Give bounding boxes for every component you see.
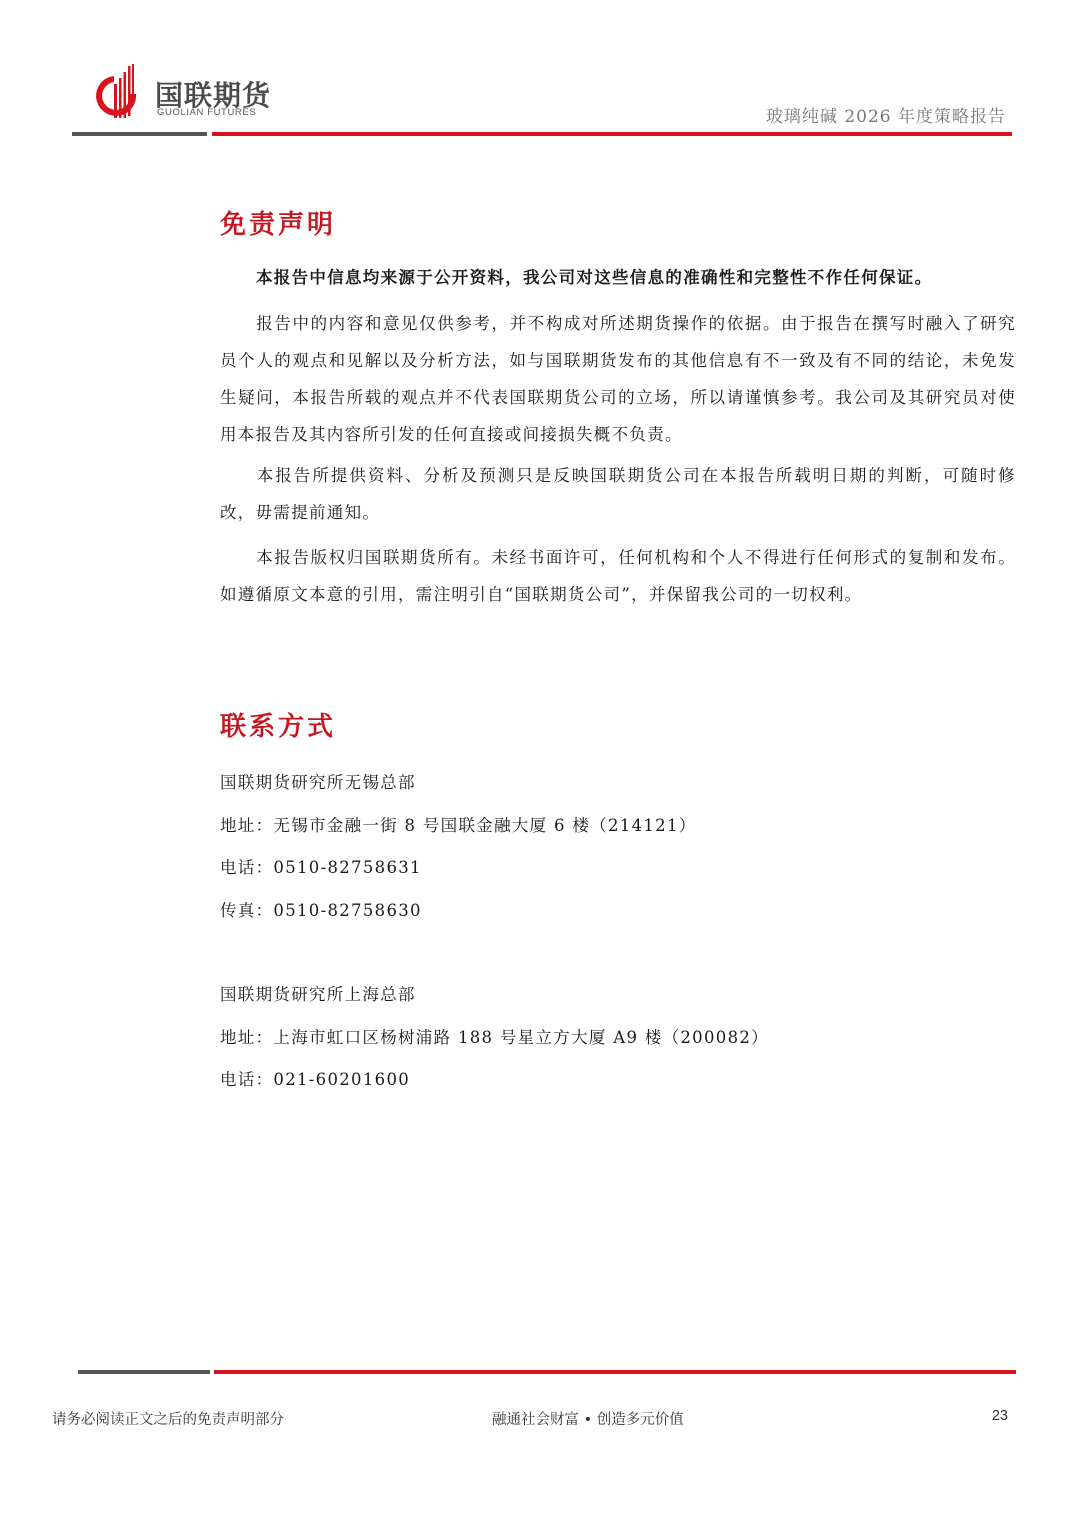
wuxi-office-fax: 传真：0510-82758630 — [220, 897, 422, 921]
header-rule-gray — [72, 132, 207, 136]
report-title: 玻璃纯碱 2026 年度策略报告 — [766, 102, 1006, 127]
contact-title: 联系方式 — [220, 706, 336, 743]
shanghai-office-address: 地址：上海市虹口区杨树浦路 188 号星立方大厦 A9 楼（200082） — [220, 1024, 769, 1048]
wuxi-office-name: 国联期货研究所无锡总部 — [220, 769, 416, 793]
wuxi-office-address: 地址：无锡市金融一街 8 号国联金融大厦 6 楼（214121） — [220, 812, 697, 836]
guolian-logo-icon — [92, 64, 140, 120]
disclaimer-paragraph-4: 本报告版权归国联期货所有。未经书面许可，任何机构和个人不得进行任何形式的复制和发… — [220, 539, 1016, 613]
disclaimer-paragraph-1: 本报告中信息均来源于公开资料，我公司对这些信息的准确性和完整性不作任何保证。 — [220, 259, 1016, 296]
disclaimer-paragraph-3: 本报告所提供资料、分析及预测只是反映国联期货公司在本报告所载明日期的判断，可随时… — [220, 457, 1016, 531]
disclaimer-paragraph-2: 报告中的内容和意见仅供参考，并不构成对所述期货操作的依据。由于报告在撰写时融入了… — [220, 305, 1016, 453]
shanghai-office-phone: 电话：021-60201600 — [220, 1066, 410, 1090]
footer-slogan: 融通社会财富 • 创造多元价值 — [492, 1408, 684, 1429]
footer-disclaimer-note: 请务必阅读正文之后的免责声明部分 — [52, 1408, 284, 1429]
wuxi-office-phone: 电话：0510-82758631 — [220, 854, 422, 878]
header-rule-red — [212, 132, 1012, 136]
page-number: 23 — [992, 1408, 1008, 1424]
page-header: 国联期货 GUOLIAN FUTURES 玻璃纯碱 2026 年度策略报告 — [0, 0, 1080, 150]
footer-rule-red — [214, 1370, 1016, 1374]
footer-rule-gray — [78, 1370, 210, 1374]
shanghai-office-name: 国联期货研究所上海总部 — [220, 981, 416, 1005]
disclaimer-title: 免责声明 — [220, 204, 336, 241]
logo-text-en: GUOLIAN FUTURES — [157, 107, 256, 118]
